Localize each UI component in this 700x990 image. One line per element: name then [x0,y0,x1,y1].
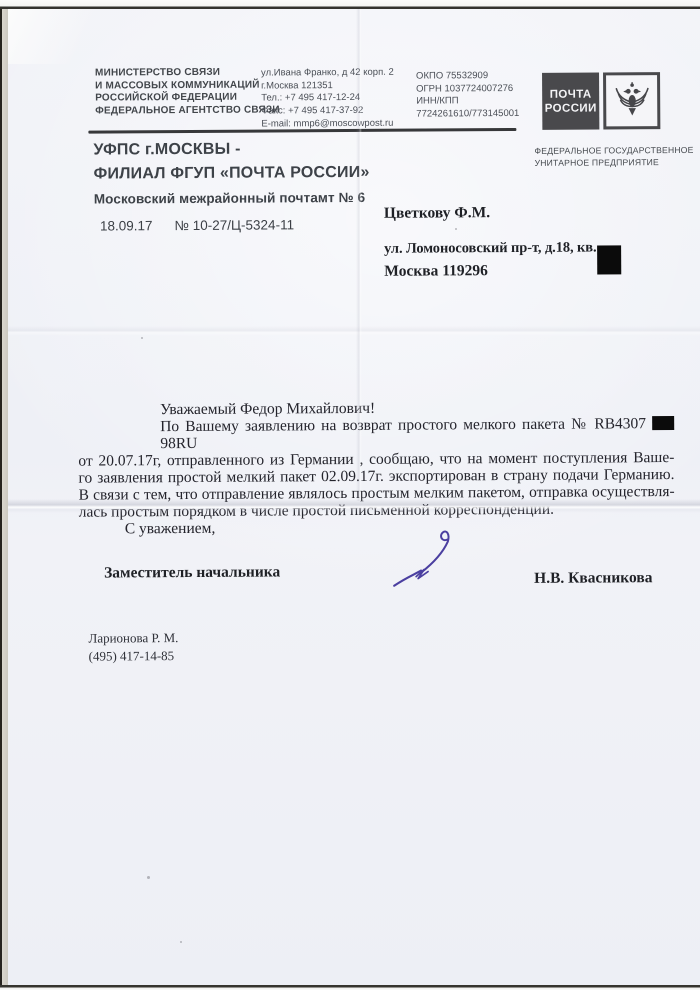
recipient-address: ул. Ломоносовский пр-т, д.18, кв. [384,239,597,257]
contact-block: ул.Ивана Франко, д 42 корп. 2 г.Москва 1… [261,67,394,131]
logo-wordmark: ПОЧТА РОССИИ [542,72,599,129]
ministry-line: РОССИЙСКОЙ ФЕДЕРАЦИИ [95,92,260,106]
contact-line: Тел.: +7 495 417-12-24 [261,92,394,106]
codes-line: ИНН/КПП [416,95,519,108]
logo-subtitle-line: УНИТАРНОЕ ПРЕДПРИЯТИЕ [535,156,694,168]
logo-subtitle-line: ФЕДЕРАЛЬНОЕ ГОСУДАРСТВЕННОЕ [534,145,693,157]
contact-line: г.Москва 121351 [261,79,394,93]
paper: МИНИСТЕРСТВО СВЯЗИ И МАССОВЫХ КОММУНИКАЦ… [0,0,700,990]
contact-line: ул.Ивана Франко, д 42 корп. 2 [261,67,394,81]
executor-name: Ларионова Р. М. [88,629,178,647]
codes-block: ОКПО 75532909 ОГРН 1037724007276 ИНН/КПП… [416,70,519,121]
agency-line: ФЕДЕРАЛЬНОЕ АГЕНТСТВО СВЯЗИ [95,104,280,116]
letter-date: 18.09.17 [100,218,153,233]
dust-speck [455,228,457,230]
body-text: По Вашему заявлению на возврат простого … [160,415,646,435]
scan-edge-left [0,0,8,990]
executor-phone: (495) 417-14-85 [89,647,179,665]
redaction-box-apartment [597,245,621,274]
signer-title: Заместитель начальника [104,563,280,582]
signature-ink [387,525,479,598]
scanned-letter-page: МИНИСТЕРСТВО СВЯЗИ И МАССОВЫХ КОММУНИКАЦ… [0,0,700,990]
ref-line: 18.09.17№ 10-27/Ц-5324-11 [100,217,294,233]
fold-crease-upper [0,326,700,336]
sender-org: УФПС г.МОСКВЫ - ФИЛИАЛ ФГУП «ПОЧТА РОССИ… [93,137,369,186]
codes-line: ОКПО 75532909 [416,70,519,83]
signer-name: Н.В. Квасникова [534,569,652,588]
corner-fold-highlight [2,9,152,64]
ref-number: № 10-27/Ц-5324-11 [174,217,294,233]
fold-crease-vertical [356,9,362,501]
sender-org-line: УФПС г.МОСКВЫ - [93,137,369,162]
logo-word-line: ПОЧТА [550,87,592,101]
scan-edge-top [0,0,700,9]
recipient-city: Москва 119296 [384,262,488,281]
eagle-emblem-icon [603,72,660,129]
body-text: 98RU [160,435,197,452]
dust-speck [147,876,150,879]
dust-speck [180,941,182,943]
redaction-box-tracking [652,416,674,430]
scan-edge-bottom [0,984,700,990]
codes-line: ОГРН 1037724007276 [416,83,519,96]
closing: С уважением, [125,520,216,539]
ministry-block: МИНИСТЕРСТВО СВЯЗИ И МАССОВЫХ КОММУНИКАЦ… [95,67,260,106]
executor-block: Ларионова Р. М. (495) 417-14-85 [88,629,178,665]
ministry-line: МИНИСТЕРСТВО СВЯЗИ [95,67,260,81]
sender-division: Московский межрайонный почтамт № 6 [94,190,365,207]
logo-subtitle: ФЕДЕРАЛЬНОЕ ГОСУДАРСТВЕННОЕ УНИТАРНОЕ ПР… [534,145,693,169]
contact-line: Факс: +7 495 417-37-92 [261,105,394,119]
fold-crease-horizontal [0,499,700,513]
codes-line: 7724261610/773145001 [416,108,519,121]
sender-org-line: ФИЛИАЛ ФГУП «ПОЧТА РОССИИ» [94,160,370,185]
header-divider [88,128,516,134]
dust-speck [141,337,143,339]
posta-rossii-logo: ПОЧТА РОССИИ [542,72,664,130]
logo-word-line: РОССИИ [545,101,597,115]
ministry-line: И МАССОВЫХ КОММУНИКАЦИЙ [95,79,260,93]
body-line: По Вашему заявлению на возврат простого … [78,415,674,453]
recipient-name: Цветкову Ф.М. [384,204,490,223]
